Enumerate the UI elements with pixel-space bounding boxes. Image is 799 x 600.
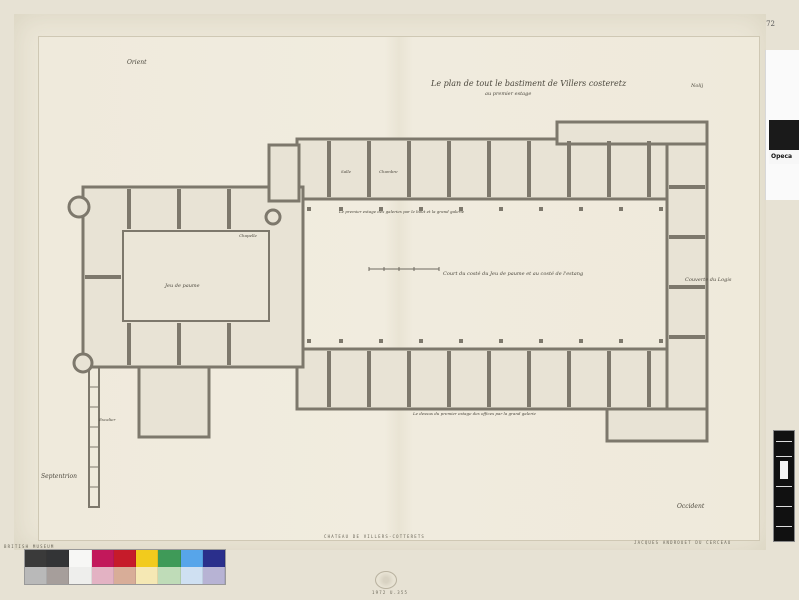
seal-number: 1972 U.355 (372, 590, 408, 595)
color-swatch (203, 567, 225, 584)
color-swatch (203, 550, 225, 567)
engraved-plate: Le plan de tout le bastiment de Villers … (38, 36, 760, 541)
label-chambre: Chambre (379, 169, 398, 174)
color-swatch (158, 567, 180, 584)
grayscale-target (773, 430, 795, 542)
compass-occident: Occident (677, 503, 704, 510)
color-swatch (47, 550, 69, 567)
color-swatch (181, 550, 203, 567)
color-swatch (25, 550, 47, 567)
color-swatch (47, 567, 69, 584)
plan-subtitle: au premier estage (485, 91, 531, 97)
color-swatch (181, 567, 203, 584)
color-swatch (114, 550, 136, 567)
archive-tab-label: Opeca (769, 150, 799, 164)
page-number: 72 (766, 20, 775, 28)
label-main-court: Court du costé du Jeu de paume et au cos… (443, 271, 583, 277)
color-swatch (136, 567, 158, 584)
compass-septentrion: Septentrion (41, 473, 77, 480)
label-chapelle: Chapelle (239, 233, 257, 238)
color-swatch (25, 567, 47, 584)
color-calibration-target (24, 549, 226, 585)
label-salle: Salle (341, 169, 351, 174)
label-small-court: Jeu de paume (165, 283, 200, 289)
label-escalier: Escalier (99, 417, 115, 422)
color-swatch (69, 550, 91, 567)
caption-chateau: CHATEAU DE VILLERS-COTTERETS (324, 534, 425, 539)
color-swatch (92, 550, 114, 567)
floor-plan-drawing (39, 37, 759, 540)
compass-orient: Orient (127, 59, 147, 66)
plan-title: Le plan de tout le bastiment de Villers … (431, 79, 626, 88)
scanned-sheet: Le plan de tout le bastiment de Villers … (14, 14, 766, 550)
color-swatch (114, 567, 136, 584)
museum-seal-icon (375, 571, 397, 589)
caption-author: JACQUES ANDROUET DU CERCEAU (634, 540, 731, 545)
color-swatch (92, 567, 114, 584)
color-swatch (136, 550, 158, 567)
color-swatch (158, 550, 180, 567)
color-swatch (69, 567, 91, 584)
label-gallery-south: Le dessus du premier estage des offices … (413, 411, 536, 416)
corner-mark: Nolij (691, 83, 703, 89)
label-gallery-north: Le premier estage des galeries par le bo… (339, 209, 464, 214)
label-couverte-logis: Couverte du Logis (685, 277, 732, 283)
